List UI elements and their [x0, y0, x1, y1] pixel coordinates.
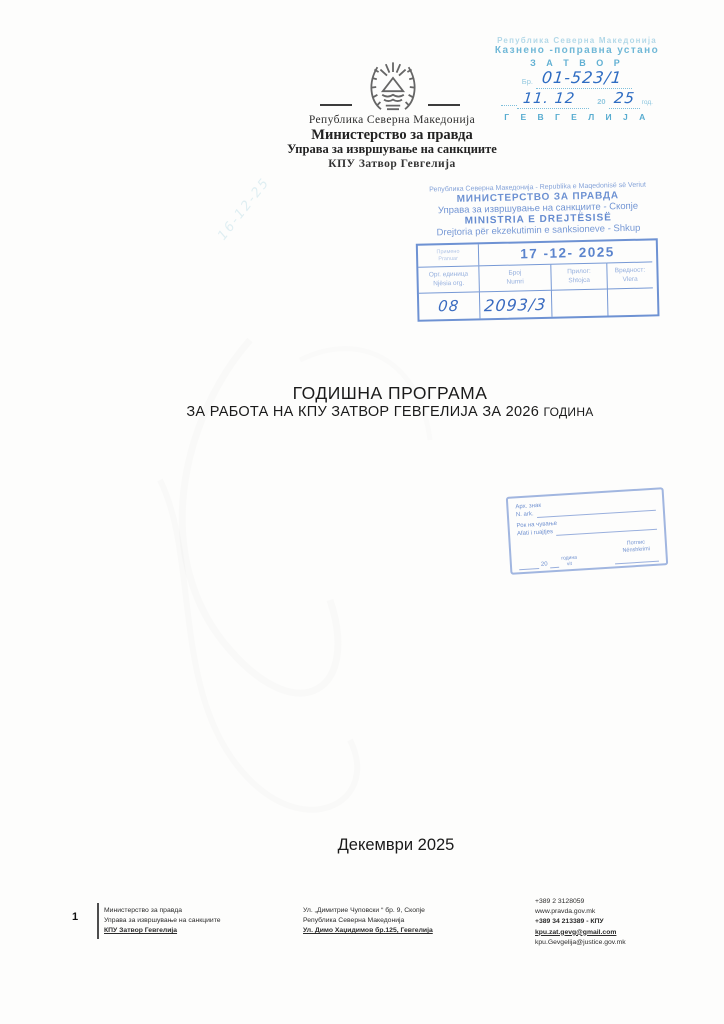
- col-num-mk: Број: [508, 269, 521, 278]
- footer-left-line: Управа за извршување на санкциите: [104, 916, 221, 926]
- header-right-dash: [428, 104, 460, 106]
- prison-stamp-date-value: 11. 12: [516, 91, 590, 107]
- prison-stamp-number-row: Бр. 01-523/1: [462, 68, 692, 89]
- footer-email-justice: kpu.Gevgelija@justice.gov.mk: [535, 938, 626, 948]
- archive-classification-stamp: Арх. знак N. ark. Рок на чување Afati i …: [506, 487, 668, 575]
- col-value-sq: Vlera: [622, 275, 637, 284]
- col-org-header: Орг. единица Njësia org.: [418, 265, 479, 292]
- org-unit-value: 08: [438, 297, 461, 316]
- value-value-cell: [607, 287, 654, 315]
- retention-label-sq: Afati i ruajtjes: [517, 528, 553, 538]
- page-number: 1: [72, 911, 78, 923]
- prison-receipt-stamp: Република Северна Македонија Казнено -по…: [462, 36, 692, 122]
- document-title-line2: ЗА РАБОТА НА КПУ ЗАТВОР ГЕВГЕЛИЈА ЗА 202…: [0, 404, 724, 420]
- received-label-sq: Pranuar: [438, 255, 458, 262]
- header-institution: КПУ Затвор Гевгелија: [0, 158, 724, 170]
- header-directorate: Управа за извршување на санкциите: [0, 142, 724, 157]
- col-attach-header: Прилог: Shtojca: [550, 262, 607, 289]
- title-line2-suffix: ГОДИНА: [543, 405, 593, 419]
- scanned-document-page: 16-12-25 Република Северна Македонија Ми…: [0, 0, 724, 1024]
- title-line2-main: ЗА РАБОТА НА КПУ ЗАТВОР ГЕВГЕЛИЈА ЗА 202…: [186, 404, 539, 420]
- prison-stamp-city: Г Е В Г Е Л И Ј А: [462, 112, 692, 122]
- coat-of-arms-emblem: [362, 54, 424, 114]
- col-org-sq: Njësia org.: [433, 279, 464, 288]
- footer-phone-kpu: +389 34 213389 - КПУ: [535, 917, 626, 927]
- year-fill-line-1: [519, 562, 539, 570]
- attach-value-cell: [551, 288, 608, 316]
- ministry-stamp-table: Примено Pranuar 17 -12- 2025 Орг. единиц…: [416, 238, 660, 321]
- footer-right-block: +389 2 3128059 www.pravda.gov.mk +389 34…: [535, 897, 626, 948]
- footer-email-gmail: kpu.zat.gevg@gmail.com: [535, 928, 626, 938]
- footer-center-line: Ул. „Димитрие Чуповски “ бр. 9, Скопје: [303, 906, 433, 916]
- col-value-header: Вредност: Vlera: [606, 261, 653, 288]
- footer-divider: [97, 903, 99, 939]
- prison-stamp-institution: Казнено -поправна устано: [462, 45, 692, 56]
- archive-label-sq: N. ark.: [516, 510, 534, 519]
- col-num-header: Број Numri: [478, 264, 551, 292]
- footer-left-institution: КПУ Затвор Гевгелија: [104, 926, 221, 936]
- prison-stamp-number-label: Бр.: [522, 77, 533, 86]
- prison-stamp-year-prefix: 20: [597, 97, 605, 106]
- num-value-cell: 2093/3: [479, 290, 552, 319]
- registry-number-value: 2093/3: [484, 294, 548, 314]
- signature-block: Потпис Nënshkrimi: [614, 539, 659, 564]
- ministry-registry-stamp: Република Северна Македонија - Republika…: [413, 181, 666, 322]
- document-title-line1: ГОДИШНА ПРОГРАМА: [0, 383, 724, 404]
- archive-year-row: 20 година vit: [519, 555, 578, 571]
- footer-center-line: Република Северна Македонија: [303, 916, 433, 926]
- col-attach-sq: Shtojca: [568, 276, 590, 285]
- org-value-cell: 08: [419, 291, 480, 319]
- footer-center-block: Ул. „Димитрие Чуповски “ бр. 9, Скопје Р…: [303, 906, 433, 937]
- prison-stamp-year-value: 25: [608, 89, 641, 107]
- signature-label-sq: Nënshkrimi: [622, 546, 650, 554]
- received-label-cell: Примено Pranuar: [418, 244, 478, 266]
- prison-stamp-date-row: 11. 12 20 25 год.: [462, 89, 692, 109]
- archive-year-prefix: 20: [541, 561, 548, 569]
- document-date-line: Декември 2025: [0, 836, 724, 855]
- footer-phone: +389 2 3128059: [535, 897, 626, 907]
- col-num-sq: Numri: [506, 278, 524, 287]
- footer-left-line: Министерство за правда: [104, 906, 221, 916]
- header-left-dash: [320, 104, 352, 106]
- year-fill-line-2: [549, 561, 558, 569]
- footer-left-block: Министерство за правда Управа за извршув…: [104, 906, 221, 937]
- prison-stamp-country: Република Северна Македонија: [462, 36, 692, 45]
- prison-stamp-date-stub-line: [501, 105, 517, 106]
- prison-stamp-type: З А Т В О Р: [462, 58, 692, 68]
- prison-stamp-year-suffix: год.: [642, 99, 653, 106]
- year-label-sq: vit: [567, 561, 572, 567]
- date-stamp-value: 17 -12- 2025: [520, 244, 615, 261]
- footer-website: www.pravda.gov.mk: [535, 907, 626, 917]
- col-value-mk: Вредност:: [615, 267, 646, 276]
- prison-stamp-number-value: 01-523/1: [535, 68, 633, 87]
- footer-center-address: Ул. Димо Хаџидимов бр.125, Гевгелија: [303, 926, 433, 936]
- signature-fill-line: [615, 553, 659, 565]
